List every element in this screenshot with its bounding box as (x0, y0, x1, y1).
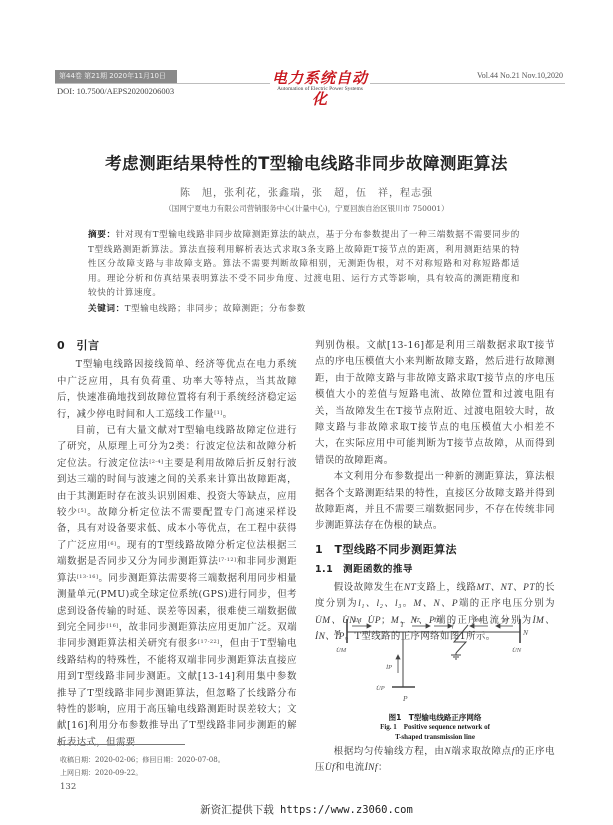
section-heading-introduction: 0 引言 (57, 338, 297, 354)
paragraph-2: 目前，已有大量文献对T型输电线路故障定位进行了研究，从原理上可分为2类：行波定位… (57, 423, 297, 751)
citation: [1] (214, 410, 222, 416)
page-number: 132 (60, 782, 76, 792)
figure-caption-en-line2: T-shaped transmission line (315, 732, 555, 742)
online-date: 上网日期：2020-09-22。 (60, 767, 225, 780)
keywords-text: T型输电线路；非同步；故障测距；分布参数 (125, 304, 306, 314)
doi: DOI: 10.7500/AEPS20200206003 (57, 86, 174, 96)
citation: [7-12] (219, 557, 237, 563)
left-column: 0 引言 T型输电线路因接线简单、经济等优点在电力系统中广泛应用，具有负荷重、功… (57, 338, 297, 751)
current-label-ip: İP (385, 664, 392, 671)
node-label-m: M (333, 628, 341, 637)
paragraph-text: T型输电线路因接线简单、经济等优点在电力系统中广泛应用，具有负荷重、功率大等特点… (57, 359, 297, 419)
current-label-itf: İTf (433, 617, 443, 624)
voltage-label-um: U̇M (336, 647, 347, 654)
figure-1-diagram: M N T f P İM İT İTf İNf İN İP U̇M U̇N U̇… (330, 605, 550, 710)
paper-title: 考虑测距结果特性的T型输电线路非同步故障测距算法 (0, 150, 613, 174)
current-label-in: İN (501, 617, 509, 624)
affiliation: （国网宁夏电力有限公司营销服务中心(计量中心)，宁夏回族自治区银川市 75000… (0, 203, 613, 214)
footnotes: 收稿日期：2020-02-06；修回日期：2020-07-08。 上网日期：20… (60, 754, 225, 780)
math-var: U̇f (325, 763, 335, 773)
paragraph-text: 端求取故障点 (451, 746, 512, 757)
voltage-label-up: U̇P (376, 685, 385, 692)
paragraph-text: ： (378, 762, 388, 773)
fault-symbol (454, 625, 468, 653)
math-var: MT、NT、PT (476, 583, 535, 593)
authors: 陈 旭，张利花，张鑫瑞，张 超，伍 祥，程志强 (0, 184, 613, 199)
keywords-label: 关键词： (88, 304, 125, 314)
citation: [2-4] (149, 459, 163, 465)
current-label-inf: İNf (473, 617, 484, 624)
voltage-label-un: U̇N (512, 647, 522, 654)
current-label-im: İM (353, 617, 362, 624)
citation: [17-22] (198, 639, 219, 645)
citation: [16] (107, 623, 119, 629)
math-var: NT (404, 583, 416, 593)
figure-caption-en: Fig. 1 Positive sequence network of T-sh… (315, 722, 555, 742)
paragraph-3: 判别伪根。文献[13-16]都是利用三端数据求取T接节点的序电压模值大小来判断故… (315, 338, 555, 469)
right-column: 判别伪根。文献[13-16]都是利用三端数据求取T接节点的序电压模值大小来判断故… (315, 338, 555, 645)
paragraph-1: T型输电线路因接线简单、经济等优点在电力系统中广泛应用，具有负荷重、功率大等特点… (57, 357, 297, 423)
paragraph-6: 根据均匀传输线方程，由N端求取故障点f的正序电压U̇f和电流İNf： (315, 744, 555, 777)
download-watermark: 新资汇提供下载 https://www.z3060.com (0, 802, 613, 817)
paragraph-text: 和电流 (335, 762, 364, 773)
abstract-label: 摘要： (88, 230, 116, 240)
header-rule-right (370, 83, 565, 84)
volume-info: Vol.44 No.21 Nov.10,2020 (477, 71, 563, 80)
paragraph-text: 支路上，线路 (416, 582, 476, 593)
current-label-it: İT (413, 617, 420, 624)
subsection-heading-1-1: 1.1 测距函数的推导 (315, 562, 555, 578)
keywords: 关键词：T型输电线路；非同步；故障测距；分布参数 (88, 302, 520, 314)
node-label-n: N (522, 628, 529, 637)
received-date: 收稿日期：2020-02-06；修回日期：2020-07-08。 (60, 754, 225, 767)
citation: [5] (78, 508, 86, 514)
node-label-t: T (400, 620, 405, 629)
paragraph-text: 根据均匀传输线方程，由 (334, 746, 445, 757)
figure-caption-en-line1: Fig. 1 Positive sequence network of (315, 722, 555, 732)
paragraph-text: 假设故障发生在 (334, 582, 404, 593)
abstract-text: 针对现有T型输电线路非同步故障测距算法的缺点，基于分布参数提出了一种三端数据不需… (88, 230, 520, 298)
issue-badge: 第44卷 第21期 2020年11月10日 (55, 70, 177, 83)
footnote-rule (57, 744, 185, 745)
citation: [13-16] (77, 574, 98, 580)
paragraph-text: ，但由于T型输电线路结构的特殊性，不能将双端非同步测距算法直接应用到T型线路非同… (57, 638, 297, 747)
journal-name-en: Automation of Electric Power Systems (255, 86, 385, 92)
abstract: 摘要：针对现有T型输电线路非同步故障测距算法的缺点，基于分布参数提出了一种三端数… (88, 228, 520, 301)
paragraph-4: 本文利用分布参数提出一种新的测距算法，算法根据各个支路测距结果的特性，直接区分故… (315, 469, 555, 535)
section-heading-1: 1 T型线路不同步测距算法 (315, 542, 555, 558)
node-label-p: P (402, 694, 408, 703)
header-rule-left (55, 83, 270, 84)
fault-label-f: f (452, 620, 455, 629)
citation: [6] (108, 541, 116, 547)
math-var: İNf (365, 763, 378, 773)
